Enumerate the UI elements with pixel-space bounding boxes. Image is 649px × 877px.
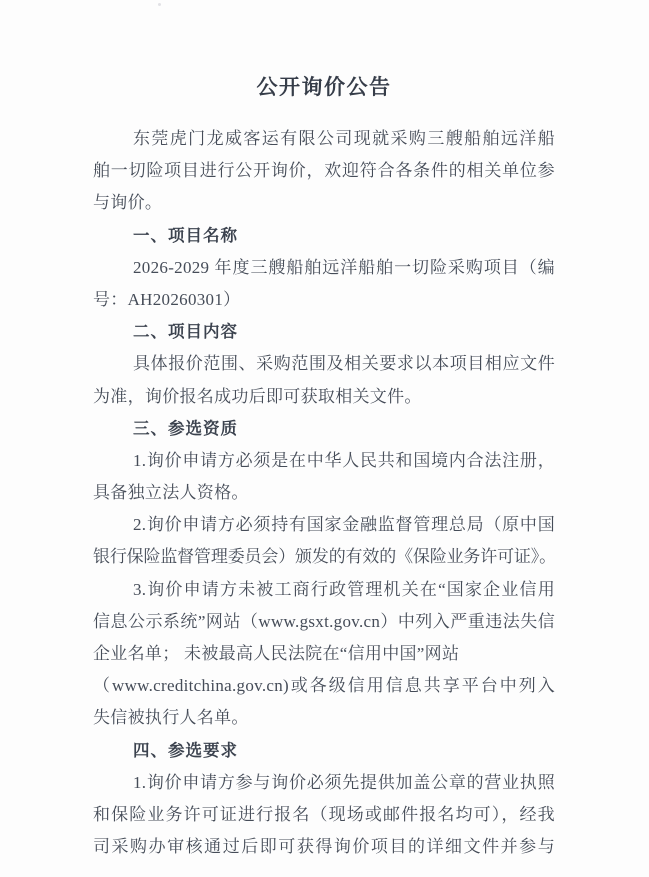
paragraph-line: 与询价。 — [93, 187, 555, 219]
section-heading-project-name: 一、项目名称 — [93, 220, 555, 252]
paragraph-line: 号：AH20260301） — [93, 284, 555, 316]
section-heading-qualifications: 三、参选资质 — [93, 413, 555, 445]
document-page: 公开询价公告 东莞虎门龙威客运有限公司现就采购三艘船舶远洋船 舶一切险项目进行公… — [0, 0, 649, 877]
paragraph-line: 司采购办审核通过后即可获得询价项目的详细文件并参与 — [93, 831, 555, 863]
paragraph-line: 1.询价申请方参与询价必须先提供加盖公章的营业执照 — [93, 767, 555, 799]
scan-speck-artifact — [158, 3, 161, 6]
paragraph-line: 东莞虎门龙威客运有限公司现就采购三艘船舶远洋船 — [93, 123, 555, 155]
document-body: 东莞虎门龙威客运有限公司现就采购三艘船舶远洋船 舶一切险项目进行公开询价，欢迎符… — [93, 123, 555, 863]
paragraph-line: 舶一切险项目进行公开询价，欢迎符合各条件的相关单位参 — [93, 155, 555, 187]
document-title: 公开询价公告 — [93, 72, 555, 102]
paragraph-line: 信息公示系统”网站（www.gsxt.gov.cn）中列入严重违法失信 — [93, 606, 555, 638]
paragraph-line: 3.询价申请方未被工商行政管理机关在“国家企业信用 — [93, 574, 555, 606]
paragraph-line: 具备独立法人资格。 — [93, 477, 555, 509]
paragraph-line: 和保险业务许可证进行报名（现场或邮件报名均可），经我 — [93, 799, 555, 831]
paragraph-line: （www.creditchina.gov.cn)或各级信用信息共享平台中列入 — [93, 670, 555, 702]
section-heading-project-content: 二、项目内容 — [93, 316, 555, 348]
section-heading-requirements: 四、参选要求 — [93, 735, 555, 767]
paragraph-line: 2026-2029 年度三艘船舶远洋船舶一切险采购项目（编 — [93, 252, 555, 284]
paragraph-line: 1.询价申请方必须是在中华人民共和国境内合法注册， — [93, 445, 555, 477]
paragraph-line: 企业名单； 未被最高人民法院在“信用中国”网站 — [93, 638, 555, 670]
paragraph-line: 具体报价范围、采购范围及相关要求以本项目相应文件 — [93, 348, 555, 380]
paragraph-line: 2.询价申请方必须持有国家金融监督管理总局（原中国 — [93, 509, 555, 541]
paragraph-line: 为准，询价报名成功后即可获取相关文件。 — [93, 381, 555, 413]
paragraph-line: 失信被执行人名单。 — [93, 702, 555, 734]
paragraph-line: 银行保险监督管理委员会）颁发的有效的《保险业务许可证》。 — [93, 541, 555, 573]
